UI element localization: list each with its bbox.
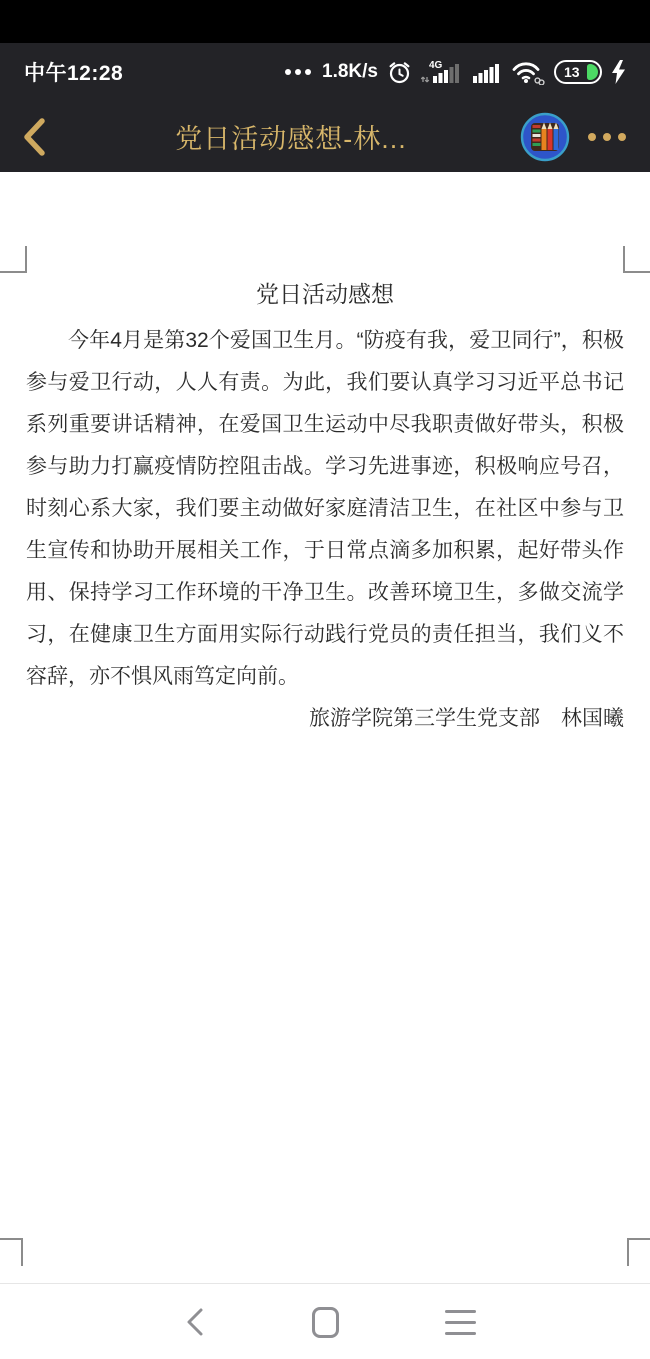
phone-screen: 中午12:28 1.8K/s 4G [0,0,650,1359]
document-title: 党日活动感想 [0,276,650,309]
document-body-paragraph: 今年4月是第32个爱国卫生月。“防疫有我，爱卫同行”，积极参与爱卫行动，人人有责… [26,320,624,698]
nav-home-square-icon [312,1307,339,1338]
app-header: 党日活动感想-林... [0,101,650,172]
nav-home-button[interactable] [285,1284,365,1359]
alarm-clock-icon [387,60,412,85]
page-corner-mark-bottom-right [627,1238,650,1266]
document-title-header: 党日活动感想-林... [70,117,512,156]
nav-recents-button[interactable] [420,1284,500,1359]
sim2-signal-icon [472,59,502,85]
nav-back-button[interactable] [155,1284,235,1359]
page-corner-mark-top-left [0,246,27,273]
status-bar: 中午12:28 1.8K/s 4G [0,43,650,101]
charging-bolt-icon [611,60,626,84]
sim1-signal-icon: 4G [421,59,463,85]
battery-level-fill [587,64,598,80]
nav-recents-lines-icon [445,1310,476,1335]
battery-percent: 13 [564,64,580,80]
battery-icon: 13 [554,60,602,84]
document-signature: 旅游学院第三学生党支部 林国曦 [26,698,624,740]
nav-back-chevron-icon [184,1306,206,1338]
wifi-icon [511,59,545,85]
page-corner-mark-bottom-left [0,1238,23,1266]
notification-dots-icon [285,69,311,75]
sim1-4g-label: 4G [429,60,443,71]
system-nav-bar [0,1283,650,1359]
page-corner-mark-top-right [623,246,650,273]
clock-time: 中午12:28 [24,57,123,87]
back-button[interactable] [20,116,70,158]
notch-band [0,0,650,43]
overflow-menu-icon[interactable] [584,123,630,151]
back-chevron-icon [20,116,48,158]
app-badge-icon[interactable] [520,112,570,162]
network-speed: 1.8K/s [322,61,378,83]
document-page: 党日活动感想 今年4月是第32个爱国卫生月。“防疫有我，爱卫同行”，积极参与爱卫… [0,172,650,1283]
